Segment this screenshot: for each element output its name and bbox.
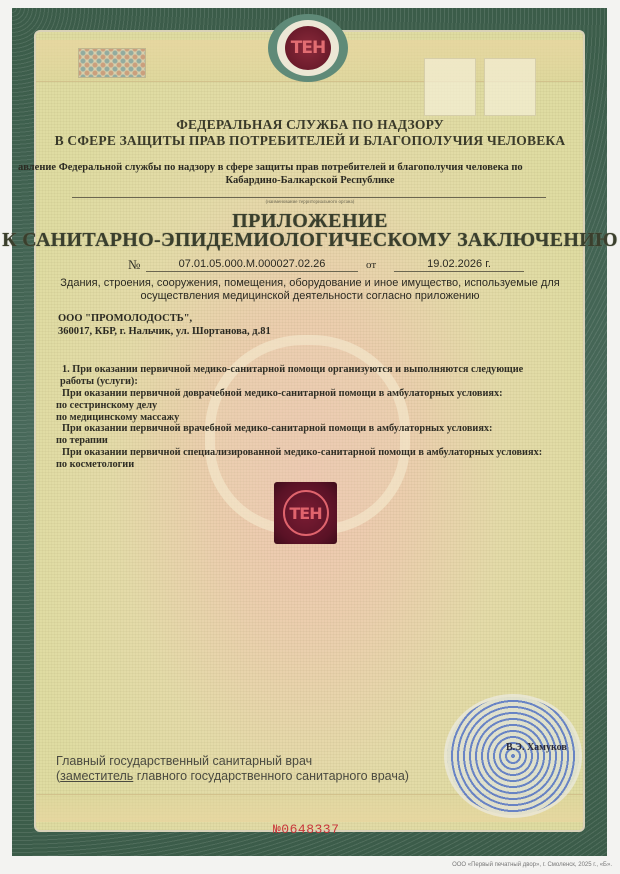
printer-imprint: ООО «Первый печатный двор», г. Смоленск,… <box>452 862 612 868</box>
document-title-line2: К САНИТАРНО-ЭПИДЕМИОЛОГИЧЕСКОМУ ЗАКЛЮЧЕН… <box>0 229 620 252</box>
serial-number: №0648337 <box>273 822 339 837</box>
body-line: При оказании первичной доврачебной медик… <box>62 388 503 399</box>
hologram-sticker: ТЕН <box>274 482 337 544</box>
security-window-right <box>484 58 536 116</box>
signatory-deputy-title: (заместитель главного государственного с… <box>56 769 409 783</box>
emblem-hologram-top: ТЕН <box>268 14 348 82</box>
hologram-emblem-icon: ТЕН <box>283 490 329 536</box>
signer-name: В.Э. Хамуков <box>506 742 567 753</box>
organization-address: 360017, КБР, г. Нальчик, ул. Шортанова, … <box>58 326 271 337</box>
department-line2: Кабардино-Балкарской Республике <box>0 175 620 186</box>
body-line: по сестринскому делу <box>56 400 157 411</box>
description-line1: Здания, строения, сооружения, помещения,… <box>0 277 620 289</box>
organization-name: ООО "ПРОМОЛОДОСТЬ", <box>58 313 192 324</box>
department-line1: авление Федеральной службы по надзору в … <box>14 162 614 173</box>
hologram-strip <box>78 48 146 78</box>
body-line: по терапии <box>56 435 108 446</box>
official-seal-stamp <box>447 697 579 815</box>
body-line: При оказании первичной специализированно… <box>62 447 542 458</box>
signatory-title: Главный государственный санитарный врач <box>56 754 312 768</box>
body-line: работы (услуги): <box>60 376 138 387</box>
document-date: 19.02.2026 г. <box>394 258 524 272</box>
document-number: 07.01.05.000.М.000027.02.26 <box>146 258 358 272</box>
number-sign: № <box>128 257 140 273</box>
body-line: по медицинскому массажу <box>56 412 179 423</box>
deputy-word: заместитель <box>60 769 133 783</box>
department-caption: (наименование территориального органа) <box>0 200 620 205</box>
agency-name-line1: ФЕДЕРАЛЬНАЯ СЛУЖБА ПО НАДЗОРУ <box>0 117 620 133</box>
security-window-left <box>424 58 476 116</box>
emblem-ring: ТЕН <box>277 20 339 76</box>
body-line: по косметологии <box>56 459 134 470</box>
department-underline <box>72 197 546 198</box>
emblem-icon: ТЕН <box>285 26 331 70</box>
body-line: При оказании первичной врачебной медико-… <box>62 423 492 434</box>
agency-name-line2: В СФЕРЕ ЗАЩИТЫ ПРАВ ПОТРЕБИТЕЛЕЙ И БЛАГО… <box>0 133 620 149</box>
description-line2: осуществления медицинской деятельности с… <box>0 290 620 302</box>
body-line: 1. При оказании первичной медико-санитар… <box>62 364 523 375</box>
date-label: от <box>366 259 376 271</box>
deputy-rest: главного государственного санитарного вр… <box>133 769 409 783</box>
